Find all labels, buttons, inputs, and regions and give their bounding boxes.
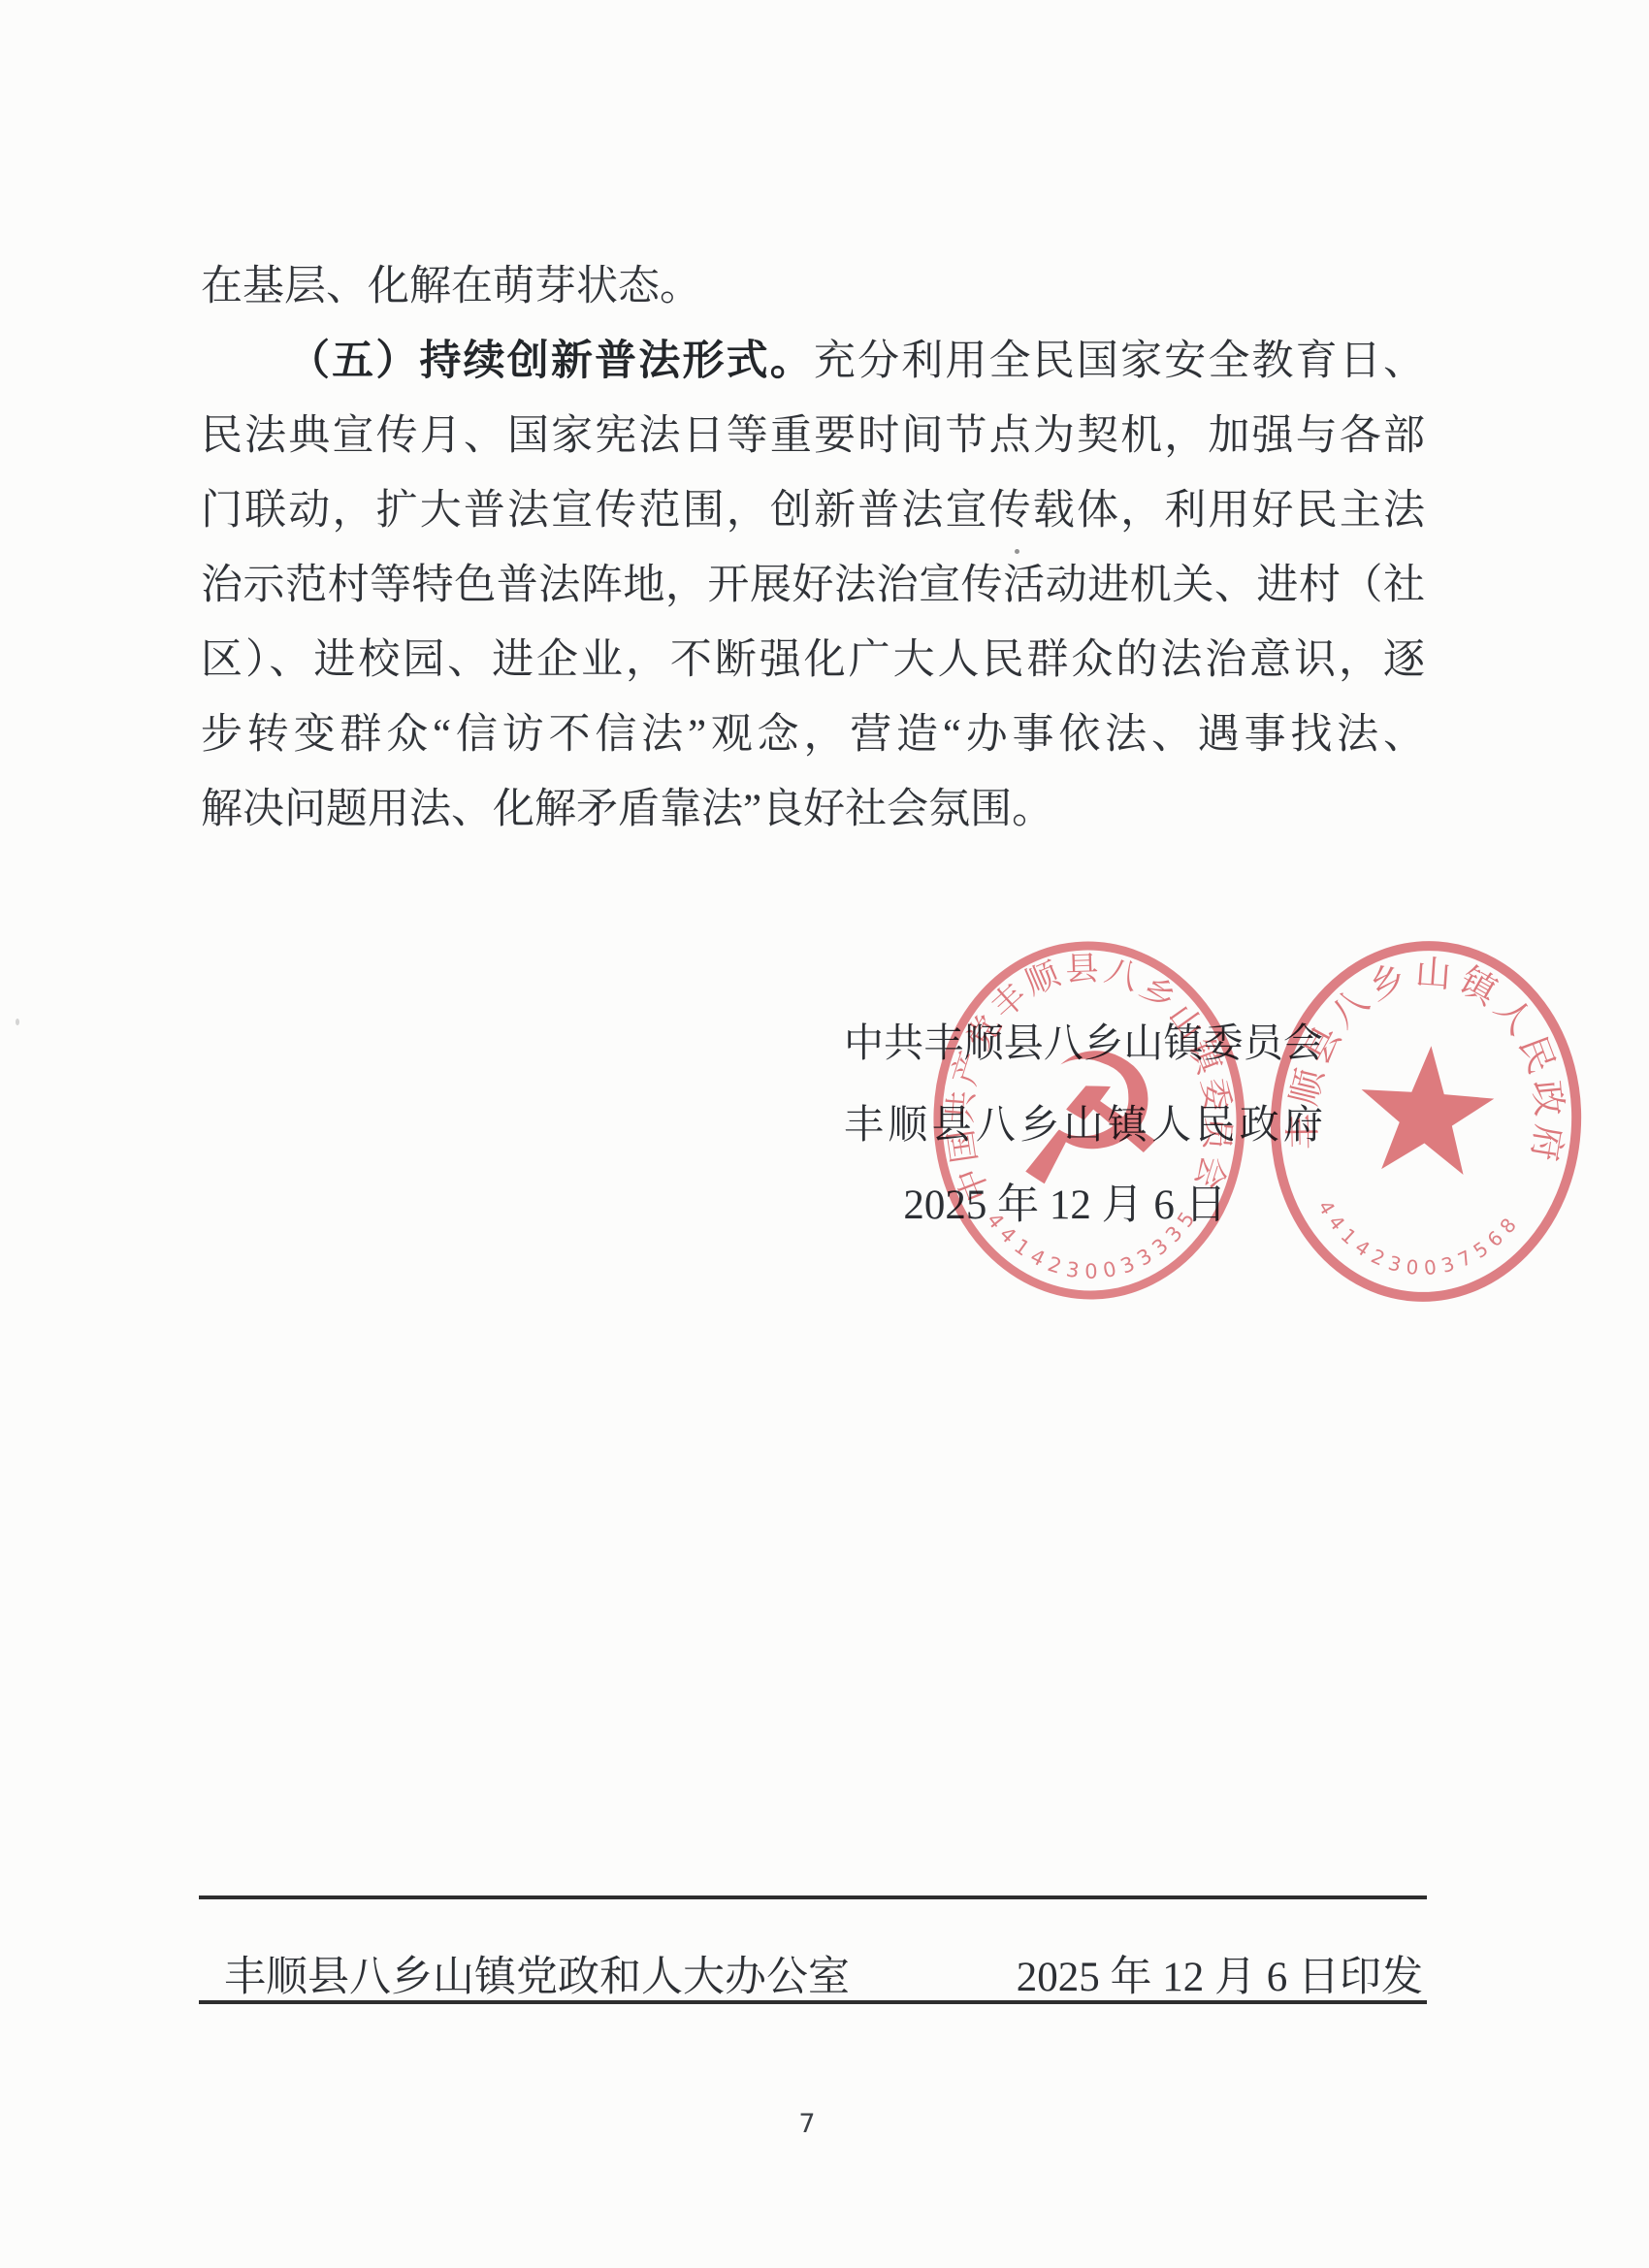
page-number: 7 [776, 2109, 838, 2139]
section-heading: （五）持续创新普法形式。 [288, 339, 814, 384]
footer-row: 丰顺县八乡山镇党政和人大办公室 2025 年 12 月 6 日印发 [199, 1944, 1427, 2003]
body-line-4: 门联动，扩大普法宣传范围，创新普法宣传载体，利用好民主法 [201, 473, 1425, 548]
issuing-office: 丰顺县八乡山镇党政和人大办公室 [199, 1944, 850, 2003]
party-committee-seal: 中国共产党丰顺县八乡山镇委员会 4414230033335 ☭ [907, 919, 1272, 1323]
body-line-8: 解决问题用法、化解矛盾靠法”良好社会氛围。 [201, 772, 1425, 847]
government-seal: 丰顺县八乡山镇人民政府 4414230037568 [1250, 921, 1602, 1322]
document-page: 在基层、化解在萌芽状态。 （五）持续创新普法形式。充分利用全民国家安全教育日、 … [0, 0, 1649, 2268]
hammer-sickle-icon: ☭ [1006, 1021, 1174, 1225]
scan-speck [1015, 549, 1019, 554]
body-line-3: 民法典宣传月、国家宪法日等重要时间节点为契机，加强与各部 [201, 399, 1425, 473]
body-line-2-rest: 充分利用全民国家安全教育日、 [814, 339, 1425, 384]
body-line-5: 治示范村等特色普法阵地，开展好法治宣传活动进机关、进村（社 [201, 548, 1425, 623]
footer-rule-top [199, 1895, 1427, 1899]
print-date: 2025 年 12 月 6 日印发 [1017, 1944, 1427, 2003]
body-line-1: 在基层、化解在萌芽状态。 [201, 249, 1425, 324]
body-line-2: （五）持续创新普法形式。充分利用全民国家安全教育日、 [201, 324, 1425, 399]
body-line-6: 区）、进校园、进企业，不断强化广大人民群众的法治意识，逐 [201, 623, 1425, 697]
scan-speck [16, 1019, 19, 1025]
body-line-7: 步转变群众“信访不信法”观念，营造“办事依法、遇事找法、 [201, 697, 1425, 772]
footer-rule-bottom [199, 2000, 1427, 2004]
body-text: 在基层、化解在萌芽状态。 （五）持续创新普法形式。充分利用全民国家安全教育日、 … [201, 249, 1425, 847]
star-icon [1356, 1041, 1498, 1176]
